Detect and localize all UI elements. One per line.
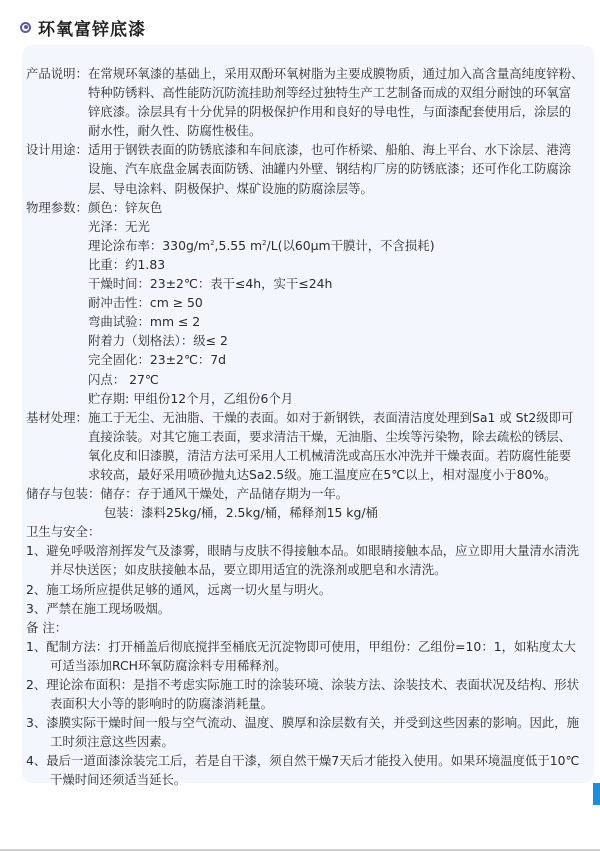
section-substrate-treatment: 基材处理： 施工于无尘、无油脂、干燥的表面。如对于新钢铁，表面清洁度处理到Sa1… <box>26 408 592 484</box>
storage-text: 储存：存于通风干燥处，产品储存期为一年。 <box>100 484 592 503</box>
double-circle-bullet-icon <box>20 22 31 33</box>
section-safety: 卫生与安全： 1、避免呼吸溶剂挥发气及漆雾，眼睛与皮肤不得接触本品。如眼睛接触本… <box>26 522 592 617</box>
text-line: 适用于钢铁表面的防锈底漆和车间底漆，也可作桥梁、船舶、海上平台、水下涂层、港湾 <box>88 140 592 159</box>
section-design-use: 设计用途： 适用于钢铁表面的防锈底漆和车间底漆，也可作桥梁、船舶、海上平台、水下… <box>26 140 592 197</box>
text-line: 求较高，最好采用喷砂抛丸达Sa2.5级。施工温度应在5℃以上，相对湿度小于80%… <box>88 465 592 484</box>
page-side-marker <box>593 783 600 805</box>
list-item-continuation: 表面积大小等的影响时的防腐漆消耗量。 <box>26 694 592 713</box>
section-label: 储存与包装： <box>26 484 100 503</box>
section-label: 物理参数： <box>26 198 88 408</box>
section-notes: 备 注： 1、配制方法：打开桶盖后彻底搅拌至桶底无沉淀物即可使用，甲组份：乙组份… <box>26 618 592 790</box>
text-line: 设施、汽车底盘金属表面防锈、油罐内外壁、钢结构厂房的防锈底漆；还可作化工防腐涂 <box>88 159 592 178</box>
coverage-mid: ,5.55 m <box>215 238 263 253</box>
text-line: 锌底漆。涂层具有十分优异的阴极保护作用和良好的导电性，与面漆配套使用后，涂层的 <box>88 102 592 121</box>
text-line: 施工于无尘、无油脂、干燥的表面。如对于新钢铁，表面清洁度处理到Sa1 或 St2… <box>88 408 592 427</box>
section-label: 基材处理： <box>26 408 88 484</box>
section-label: 产品说明： <box>26 64 88 140</box>
section-product-description: 产品说明： 在常规环氧漆的基础上，采用双酚环氧树脂为主要成膜物质，通过加入高含量… <box>26 64 592 140</box>
param-coverage: 理论涂布率：330g/m2,5.55 m2/L(以60μm干膜计，不含损耗) <box>88 236 592 255</box>
text-line: 特种防锈料、高性能防沉防流挂助剂等经过独特生产工艺制备而成的双组分耐蚀的环氧富 <box>88 83 592 102</box>
list-item-continuation: 干燥时间还须适当延长。 <box>26 770 592 789</box>
param-drying-time: 干燥时间：23±2℃：表干≤4h，实干≤24h <box>88 274 592 293</box>
param-bending-test: 弯曲试验：mm ≤ 2 <box>88 312 592 331</box>
param-full-cure: 完全固化：23±2℃：7d <box>88 350 592 369</box>
param-adhesion: 附着力（划格法）：级≤ 2 <box>88 331 592 350</box>
param-shelf-life: 贮存期: 甲组份12个月，乙组份6个月 <box>88 389 592 408</box>
list-item: 2、施工场所应提供足够的通风，远离一切火星与明火。 <box>26 580 592 599</box>
list-item: 2、理论涂布面积：是指不考虑实际施工时的涂装环境、涂装方法、涂装技术、表面状况及… <box>26 675 592 694</box>
list-item: 3、严禁在施工现场吸烟。 <box>26 599 592 618</box>
coverage-suffix: /L(以60μm干膜计，不含损耗) <box>267 238 435 253</box>
text-line: 耐水性，耐久性、防腐性极佳。 <box>88 121 592 140</box>
param-flash-point: 闪点： 27℃ <box>88 370 592 389</box>
list-item: 3、漆膜实际干燥时间一般与空气流动、温度、膜厚和涂层数有关，并受到这些因素的影响… <box>26 713 592 732</box>
section-label: 设计用途： <box>26 140 88 197</box>
page-title: 环氧富锌底漆 <box>38 15 146 40</box>
text-line: 氧化皮和旧漆膜，清洁方法可采用人工机械清洗或高压水冲洗并干燥表面。若防腐性能要 <box>88 446 592 465</box>
list-item-continuation: 工时须注意这些因素。 <box>26 732 592 751</box>
section-heading: 备 注： <box>26 618 592 637</box>
section-heading: 卫生与安全： <box>26 522 592 541</box>
text-line: 层、导电涂料、阴极保护、煤矿设施的防腐涂层等。 <box>88 179 592 198</box>
list-item: 1、避免呼吸溶剂挥发气及漆雾，眼睛与皮肤不得接触本品。如眼睛接触本品，应立即用大… <box>26 541 592 560</box>
param-impact-resistance: 耐冲击性：cm ≥ 50 <box>88 293 592 312</box>
product-spec-content: 产品说明： 在常规环氧漆的基础上，采用双酚环氧树脂为主要成膜物质，通过加入高含量… <box>26 64 592 790</box>
packaging-text: 包装：漆料25kg/桶，2.5kg/桶，稀释剂15 kg/桶 <box>26 503 592 522</box>
text-line: 在常规环氧漆的基础上，采用双酚环氧树脂为主要成膜物质，通过加入高含量高纯度锌粉、 <box>88 64 592 83</box>
list-item-continuation: 并尽快送医；如皮肤接触本品，要立即用适宜的洗涤剂或肥皂和水清洗。 <box>26 560 592 579</box>
text-line: 直接涂装。对其它施工表面，要求清洁干燥，无油脂、尘埃等污染物，除去疏松的锈层、 <box>88 427 592 446</box>
list-item: 1、配制方法：打开桶盖后彻底搅拌至桶底无沉淀物即可使用，甲组份：乙组份=10：1… <box>26 637 592 656</box>
coverage-prefix: 理论涂布率：330g/m <box>88 238 210 253</box>
section-storage-packaging: 储存与包装： 储存：存于通风干燥处，产品储存期为一年。 <box>26 484 592 503</box>
param-specific-gravity: 比重：约1.83 <box>88 255 592 274</box>
section-physical-params: 物理参数： 颜色：锌灰色 光泽：无光 理论涂布率：330g/m2,5.55 m2… <box>26 198 592 408</box>
param-gloss: 光泽：无光 <box>88 217 592 236</box>
page-header: 环氧富锌底漆 <box>20 14 146 40</box>
list-item-continuation: 可适当添加RCH环氧防腐涂料专用稀释剂。 <box>26 656 592 675</box>
param-color: 颜色：锌灰色 <box>88 198 592 217</box>
list-item: 4、最后一道面漆涂装完工后，若是自干漆，须自然干燥7天后才能投入使用。如果环境温… <box>26 751 592 770</box>
